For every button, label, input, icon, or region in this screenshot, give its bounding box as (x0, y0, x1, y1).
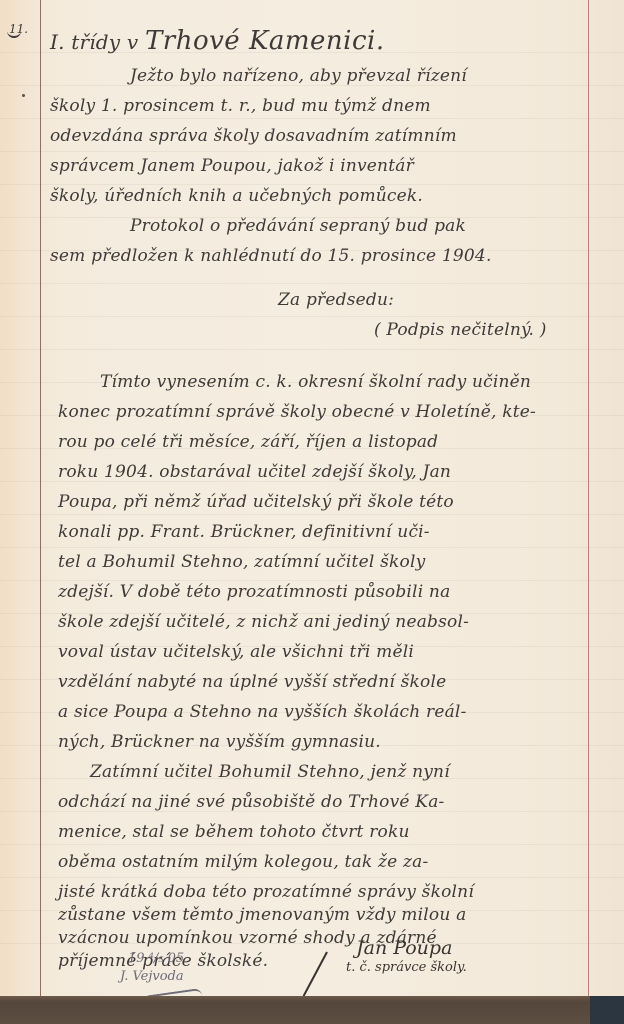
paragraph4-line: odchází na jiné své působiště do Trhové … (58, 792, 444, 812)
pencil-date: 19 ⁴/₅ 05 (128, 951, 184, 966)
ruling-line (0, 118, 624, 119)
chronicle-page: 11. I. třídy v Trhové Kamenici. Ježto by… (0, 0, 624, 1024)
ruling-line (0, 316, 624, 317)
signature-name: Jan Poupa (356, 937, 452, 959)
paragraph1-line: odevzdána správa školy dosavadním zatímn… (50, 126, 457, 146)
page-number: 11. (9, 22, 28, 36)
right-margin-line (588, 0, 589, 996)
paragraph3-line: a sice Poupa a Stehno na vyšších školách… (58, 702, 467, 722)
paragraph3-line: ných, Brückner na vyšším gymnasiu. (58, 732, 381, 752)
ruling-line (0, 184, 624, 185)
paragraph3-line: škole zdejší učitelé, z nichž ani jediný… (58, 612, 469, 632)
paragraph4-line: menice, stal se během tohoto čtvrt roku (58, 822, 410, 842)
paragraph3-line: zdejší. V době této prozatímnosti působi… (58, 582, 450, 602)
paragraph3-line: vzdělání nabyté na úplné vyšší střední š… (58, 672, 446, 692)
book-corner (590, 996, 624, 1024)
paragraph3-line: konali pp. Frant. Brückner, definitivní … (58, 522, 430, 542)
paragraph1-line: správcem Janem Poupou, jakož i inventář (50, 156, 414, 176)
paragraph2-line: sem předložen k nahlédnutí do 15. prosin… (50, 246, 492, 266)
header-place: Trhové Kamenici. (145, 26, 385, 56)
ruling-line (0, 151, 624, 152)
paragraph1-line: Ježto bylo nařízeno, aby převzal řízení (130, 66, 467, 86)
paragraph3-line: voval ústav učitelský, ale všichni tři m… (58, 642, 414, 662)
paragraph3-line: roku 1904. obstarával učitel zdejší škol… (58, 462, 451, 482)
ruling-line (0, 547, 624, 548)
for-chair-label: Za předsedu: (278, 290, 394, 310)
paragraph1-line: školy, úředních knih a učebných pomůcek. (50, 186, 423, 206)
ruling-line (0, 283, 624, 284)
signature-illegible-note: ( Podpis nečitelný. ) (374, 320, 547, 340)
signature-flourish (303, 952, 328, 997)
left-margin-line (40, 0, 41, 996)
paragraph3-line: konec prozatímní správě školy obecné v H… (58, 402, 536, 422)
page-number-arc (7, 28, 21, 38)
paragraph1-line: školy 1. prosincem t. r., bud mu týmž dn… (50, 96, 431, 116)
paragraph3-line: Poupa, při němž úřad učitelský při škole… (58, 492, 454, 512)
paragraph4-line: oběma ostatním milým kolegou, tak že za- (58, 852, 428, 872)
ruling-line (0, 349, 624, 350)
signature-title: t. č. správce školy. (346, 960, 467, 975)
paragraph3-line: Tímto vynesením c. k. okresní školní rad… (100, 372, 531, 392)
pencil-initials: J. Vejvoda (120, 969, 184, 984)
paragraph4-line: Zatímní učitel Bohumil Stehno, jenž nyní (90, 762, 450, 782)
header-prefix: I. třídy v (50, 30, 138, 54)
paragraph3-line: tel a Bohumil Stehno, zatímní učitel ško… (58, 552, 425, 572)
ruling-line (0, 844, 624, 845)
paragraph2-line: Protokol o předávání sepraný bud pak (130, 216, 466, 236)
margin-dot (22, 94, 25, 97)
ruling-line (0, 514, 624, 515)
ruling-line (0, 877, 624, 878)
ruling-line (0, 580, 624, 581)
paragraph4-line: jisté krátká doba této prozatímné správy… (58, 882, 474, 902)
book-bottom-edge (0, 996, 624, 1024)
paragraph3-line: rou po celé tři měsíce, září, říjen a li… (58, 432, 438, 452)
paragraph4-line: zůstane všem těmto jmenovaným vždy milou… (58, 905, 466, 925)
header-line: I. třídy v Trhové Kamenici. (50, 26, 385, 56)
paragraph3-line-text: konec prozatímní správě školy obecné v H… (58, 402, 536, 422)
